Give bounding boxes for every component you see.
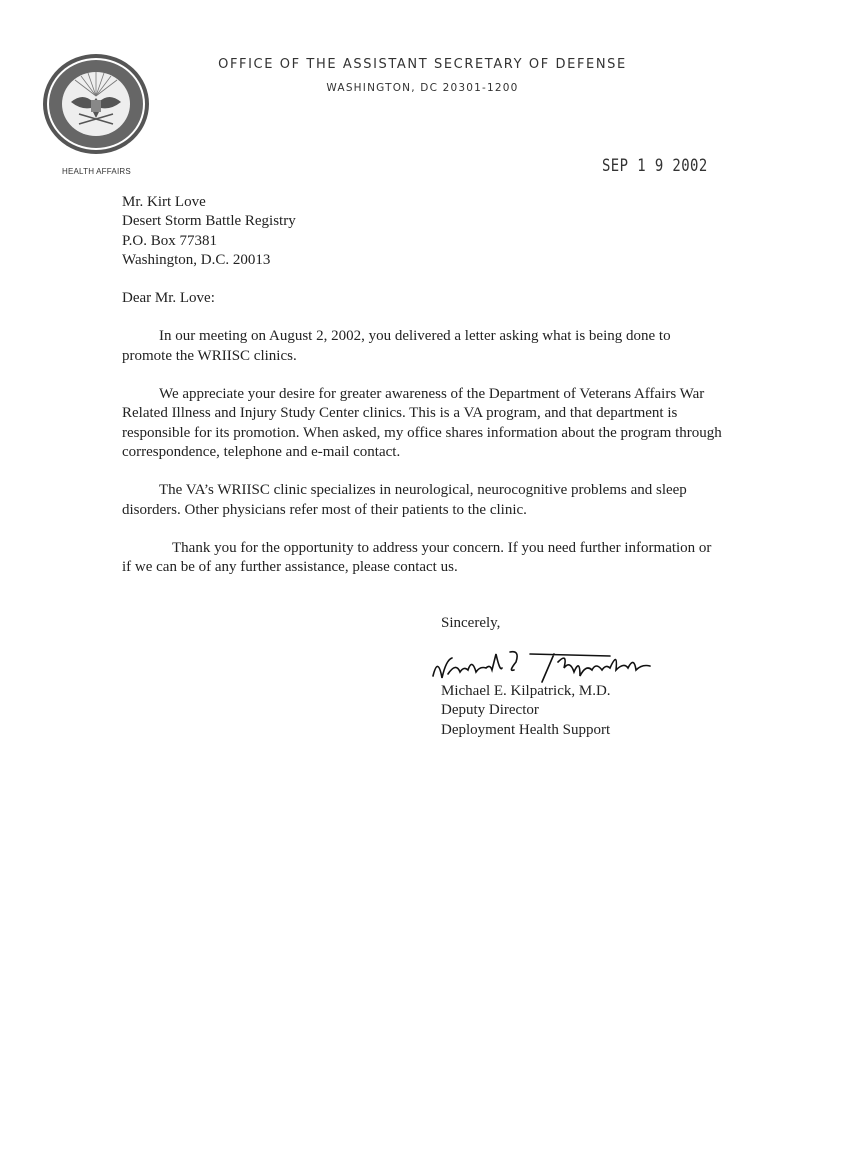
recipient-address: Mr. Kirt Love Desert Storm Battle Regist… bbox=[122, 193, 722, 270]
paragraph: In our meeting on August 2, 2002, you de… bbox=[122, 327, 722, 366]
signer-title: Deputy Director bbox=[441, 701, 611, 720]
date-stamp: SEP 1 9 2002 bbox=[602, 156, 708, 176]
letterhead-title: OFFICE OF THE ASSISTANT SECRETARY OF DEF… bbox=[150, 57, 695, 72]
signer-name: Michael E. Kilpatrick, M.D. bbox=[441, 682, 611, 701]
letterhead-division: HEALTH AFFAIRS bbox=[62, 167, 131, 176]
letterhead-address: WASHINGTON, DC 20301-1200 bbox=[150, 82, 695, 94]
signer-office: Deployment Health Support bbox=[441, 721, 611, 740]
recipient-line: P.O. Box 77381 bbox=[122, 232, 722, 251]
signature-block: Michael E. Kilpatrick, M.D. Deputy Direc… bbox=[441, 682, 611, 740]
closing: Sincerely, bbox=[441, 614, 500, 633]
recipient-line: Mr. Kirt Love bbox=[122, 193, 722, 212]
salutation: Dear Mr. Love: bbox=[122, 289, 722, 308]
paragraph: Thank you for the opportunity to address… bbox=[122, 539, 722, 578]
paragraph: The VA’s WRIISC clinic specializes in ne… bbox=[122, 481, 722, 520]
dod-seal-icon bbox=[41, 52, 151, 156]
recipient-line: Desert Storm Battle Registry bbox=[122, 212, 722, 231]
recipient-line: Washington, D.C. 20013 bbox=[122, 251, 722, 270]
paragraph: We appreciate your desire for greater aw… bbox=[122, 385, 722, 462]
letter-body: Mr. Kirt Love Desert Storm Battle Regist… bbox=[122, 193, 722, 577]
